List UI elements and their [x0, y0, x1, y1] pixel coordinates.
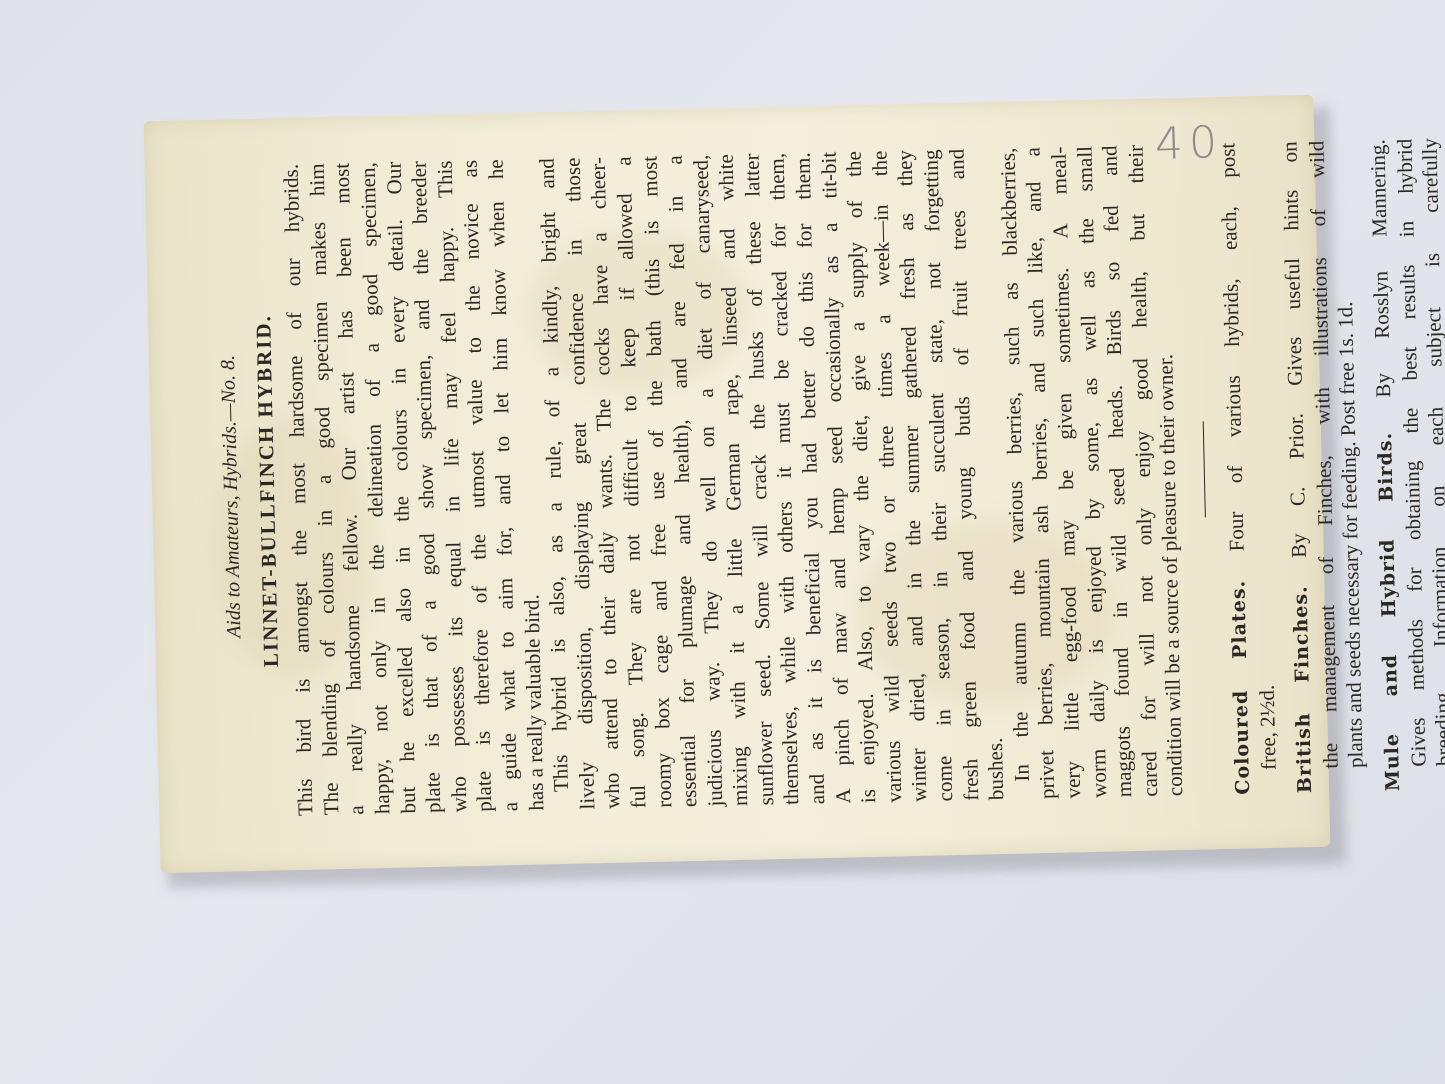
article-body: This bird is amongst the most hardsome o… — [279, 144, 1189, 816]
postcard: Aids to Amateurs, Hybrids.—No. 8. LINNET… — [144, 95, 1331, 873]
advertisement-list: Coloured Plates. Four of various hybrids… — [1215, 135, 1445, 795]
ad-heading: British Finches. — [1290, 585, 1317, 793]
paragraph: This hybrid is also, as a rule, of a kin… — [535, 148, 1010, 810]
advertisement: Mule and Hybrid Birds. By Rosslyn Manner… — [1365, 137, 1445, 792]
series-caption: Aids to Amateurs, Hybrids.—No. 8. — [212, 165, 253, 827]
ad-heading: Coloured Plates. — [1227, 580, 1254, 795]
handwritten-number: 40 — [1154, 117, 1224, 170]
paragraph: In the autumn the various berries, such … — [995, 144, 1189, 800]
advertisement: Coloured Plates. Four of various hybrids… — [1215, 142, 1282, 795]
card-text: Aids to Amateurs, Hybrids.—No. 8. LINNET… — [149, 101, 1325, 867]
advertisement: British Finches. By C. Prior. Gives usef… — [1278, 140, 1371, 794]
paragraph: This bird is amongst the most hardsome o… — [279, 159, 550, 817]
separator-rule — [1203, 421, 1206, 517]
